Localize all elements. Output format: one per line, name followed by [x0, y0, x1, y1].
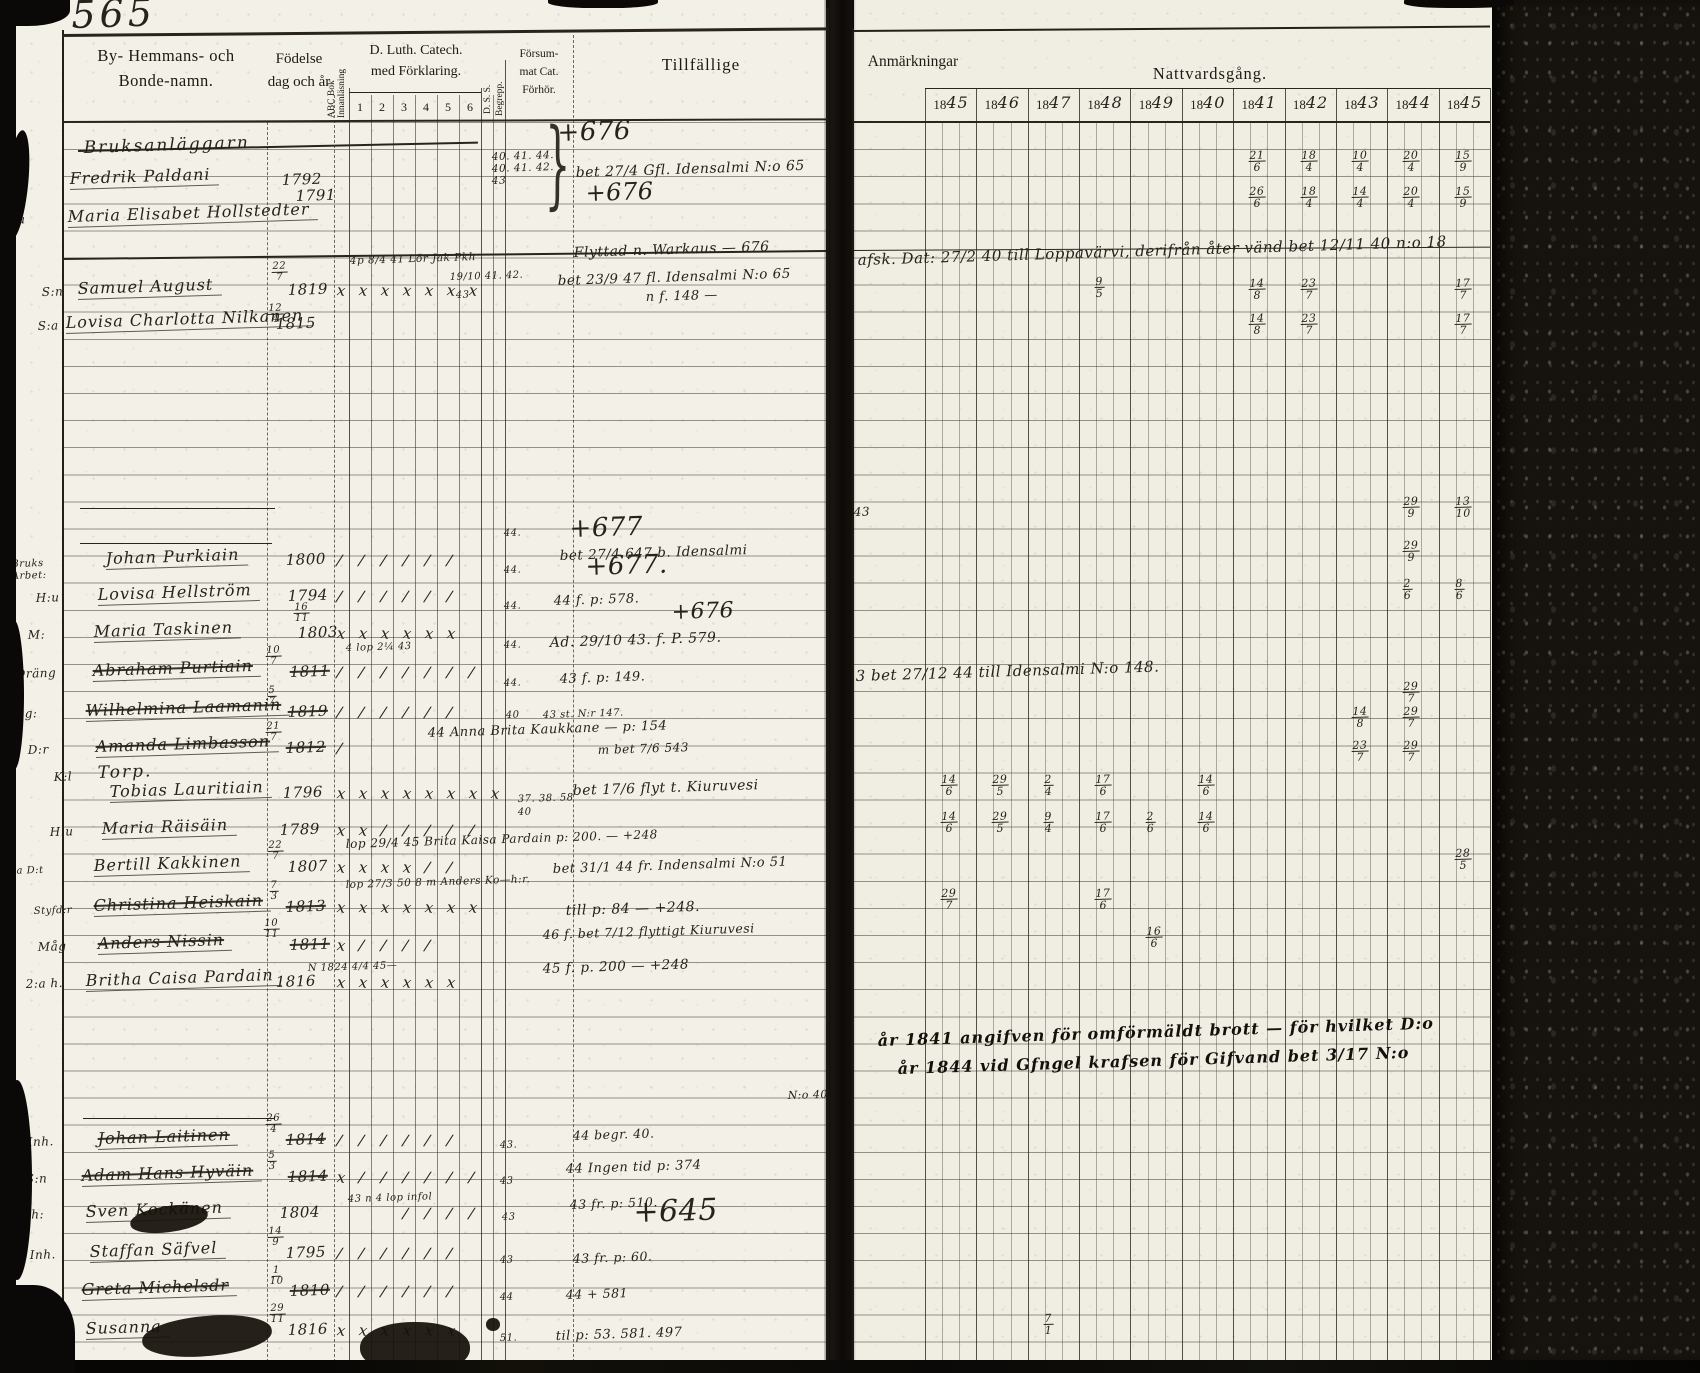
catechism-mark: /: [424, 1206, 431, 1222]
fraction-denominator: 5: [997, 822, 1005, 833]
fraction-denominator: 11: [295, 614, 309, 624]
communion-date: 146: [1197, 810, 1215, 834]
birth-year: 1813: [286, 898, 327, 915]
catechism-mark: x: [358, 900, 369, 917]
birth-date-fraction: 107: [265, 646, 281, 667]
catechism-mark: /: [336, 553, 343, 569]
note-handwritten: 44 + 581: [566, 1286, 629, 1301]
catechism-mark: /: [358, 1246, 365, 1262]
catechism-mark: x: [446, 975, 457, 992]
note-handwritten: 44.: [504, 601, 522, 612]
communion-date: 95: [1094, 276, 1104, 299]
catechism-mark: /: [336, 589, 343, 605]
col-header-tillfallige: Tillfällige: [598, 52, 804, 78]
fraction-denominator: 6: [1404, 590, 1412, 601]
catechism-mark: /: [446, 665, 453, 681]
grid-line: [1011, 122, 1012, 1362]
grid-line: [993, 122, 994, 1362]
fraction-denominator: 4: [1356, 161, 1364, 172]
grid-line: [1473, 122, 1474, 1362]
fraction-denominator: 7: [276, 273, 283, 283]
note-handwritten: 44: [500, 1293, 514, 1304]
communion-date: 148: [1248, 312, 1266, 336]
catechism-mark: x: [424, 975, 435, 992]
note-handwritten: 43 f. p: 149.: [560, 670, 646, 686]
catechism-mark: x: [446, 786, 457, 803]
catechism-mark: x: [402, 786, 413, 803]
fraction-denominator: 11: [271, 1315, 285, 1325]
year-column-label: 1848: [1079, 94, 1131, 114]
catechism-mark: x: [336, 283, 347, 300]
catechism-mark: x: [358, 626, 369, 643]
fraction-denominator: 7: [1305, 324, 1313, 335]
communion-date: 299: [1403, 495, 1421, 519]
grid-line: [1302, 122, 1303, 1362]
birth-year: 1816: [276, 973, 317, 990]
grid-line: [80, 543, 272, 544]
communion-date: 184: [1300, 149, 1318, 173]
catechism-mark: /: [380, 553, 387, 569]
catechism-mark: x: [468, 786, 479, 803]
catechism-mark: /: [380, 1284, 387, 1300]
note-handwritten: 43: [500, 1177, 514, 1188]
year-column-label: 1842: [1285, 94, 1337, 114]
communion-date: 144: [1351, 185, 1369, 209]
year-handwritten-digits: 40: [1203, 93, 1225, 112]
catechism-mark: x: [424, 786, 435, 803]
catechism-mark: /: [424, 553, 431, 569]
catechism-mark: x: [424, 283, 435, 300]
scan-edge-blob: [4, 620, 24, 770]
fraction-denominator: 6: [1254, 197, 1262, 208]
page-number: 565: [71, 0, 157, 36]
row-relation-prefix: 2:a h.: [26, 977, 64, 991]
communion-date: 204: [1403, 149, 1421, 173]
catechism-mark: /: [380, 1246, 387, 1262]
fraction-denominator: 4: [1044, 823, 1052, 834]
year-printed-prefix: 18: [1139, 97, 1152, 112]
catechism-mark: /: [468, 1206, 475, 1222]
scan-edge-right: [1492, 0, 1700, 1373]
catechism-mark: /: [336, 741, 343, 757]
catechism-mark: /: [336, 705, 343, 721]
col-header-nattvardsgang: Nattvardsgång.: [1000, 62, 1420, 87]
birth-date-fraction: 57: [267, 686, 277, 707]
grid-line: [1216, 122, 1217, 1362]
note-handwritten: +677.: [585, 552, 668, 582]
fraction-denominator: 7: [1408, 717, 1416, 728]
year-column-label: 1849: [1130, 94, 1182, 114]
fraction-denominator: 3: [271, 892, 278, 902]
note-handwritten: 43 fr. p: 60.: [573, 1249, 653, 1265]
catechism-mark: /: [380, 1133, 387, 1149]
fraction-denominator: 6: [1147, 823, 1155, 834]
grid-line: [1370, 122, 1371, 1362]
birth-year: 1807: [288, 858, 329, 875]
birth-year: 1804: [280, 1204, 321, 1221]
grid-line: [1233, 88, 1234, 1362]
catechism-mark: /: [446, 553, 453, 569]
year-handwritten-digits: 44: [1409, 93, 1431, 112]
grid-line: [976, 88, 977, 1362]
catechism-mark: /: [424, 1246, 431, 1262]
row-relation-prefix: Måg: [38, 940, 67, 953]
catechism-mark: /: [424, 860, 431, 876]
catechism-mark: x: [490, 786, 501, 803]
fraction-denominator: 5: [1096, 288, 1104, 299]
grid-line: [1165, 122, 1166, 1362]
catechism-mark: /: [424, 1170, 431, 1186]
birth-year: 1803: [298, 624, 339, 641]
birth-year: 1789: [280, 821, 321, 838]
year-handwritten-digits: 45: [1460, 93, 1482, 112]
catechism-mark: /: [358, 1133, 365, 1149]
communion-date: 176: [1094, 810, 1112, 834]
birth-date-fraction: 1011: [263, 919, 279, 940]
note-handwritten: 43.: [500, 1140, 518, 1151]
fraction-denominator: 6: [1099, 785, 1107, 796]
communion-date: 86: [1454, 578, 1464, 601]
fraction-denominator: 8: [1254, 324, 1262, 335]
note-handwritten: +645: [633, 1194, 718, 1228]
grid-line: [1199, 122, 1200, 1362]
catechism-mark: x: [446, 626, 457, 643]
row-relation-prefix: S:n: [42, 286, 64, 299]
grid-line: [1028, 88, 1029, 1362]
fraction-denominator: 7: [1408, 751, 1416, 762]
catechism-mark: x: [358, 786, 369, 803]
fraction-denominator: 8: [1356, 717, 1364, 728]
fraction-denominator: 9: [1408, 551, 1416, 562]
catechism-mark: x: [380, 626, 391, 643]
note-handwritten: +676: [671, 599, 734, 624]
catechism-mark: /: [336, 1133, 343, 1149]
catechism-mark: x: [402, 860, 413, 877]
catechism-mark: /: [468, 1170, 475, 1186]
communion-date: 176: [1094, 773, 1112, 797]
grid-line: [415, 95, 416, 1362]
grid-line: [1456, 122, 1457, 1362]
grid-line: [925, 88, 1490, 89]
birth-date-fraction: 227: [267, 841, 283, 862]
grid-line: [1096, 122, 1097, 1362]
grid-line: [1490, 88, 1491, 1362]
year-column-label: 1847: [1028, 94, 1080, 114]
catechism-mark: /: [336, 1284, 343, 1300]
fraction-denominator: 9: [1408, 507, 1416, 518]
birth-year: 1816: [288, 1321, 329, 1338]
fraction-denominator: 7: [269, 697, 276, 707]
catechism-mark: x: [336, 860, 347, 877]
fraction-denominator: 6: [1202, 822, 1210, 833]
row-relation-prefix: Inh.: [30, 1249, 56, 1262]
birth-year: 1815: [276, 315, 317, 332]
catechism-mark: /: [402, 1246, 409, 1262]
fraction-denominator: 4: [1408, 197, 1416, 208]
catechism-mark: /: [446, 1246, 453, 1262]
note-handwritten: 37. 38. 58: [518, 793, 574, 805]
communion-date: 26: [1146, 811, 1156, 834]
fraction-denominator: 6: [1151, 937, 1159, 948]
col-header-forsummat: Försum- mat Cat. Förhör.: [506, 46, 572, 99]
year-printed-prefix: 18: [1344, 97, 1357, 112]
col-header-dss: D. S. S.: [483, 54, 493, 114]
communion-date: 146: [1197, 773, 1215, 797]
fraction-denominator: 7: [270, 657, 277, 667]
fraction-denominator: 6: [1455, 590, 1463, 601]
catechism-mark: x: [358, 860, 369, 877]
communion-date: 237: [1351, 739, 1369, 763]
communion-date: 104: [1351, 149, 1369, 173]
birth-date-fraction: 53: [267, 1151, 277, 1172]
fraction-denominator: 4: [1044, 786, 1052, 797]
catechism-mark: /: [358, 938, 365, 954]
catechism-mark: x: [424, 626, 435, 643]
catechism-mark: x: [336, 786, 347, 803]
year-handwritten-digits: 48: [1100, 93, 1122, 112]
row-relation-prefix: M:: [28, 629, 46, 642]
catechism-mark: /: [380, 665, 387, 681]
catechism-mark: /: [402, 1284, 409, 1300]
grid-line: [1113, 122, 1114, 1362]
catechism-mark: /: [402, 553, 409, 569]
birth-year: 1819: [288, 281, 329, 298]
catechism-mark: /: [446, 1170, 453, 1186]
communion-date: 204: [1403, 185, 1421, 209]
communion-date: 299: [1403, 539, 1421, 563]
fraction-denominator: 4: [1305, 161, 1313, 172]
catechism-mark: /: [468, 665, 475, 681]
grid-line: [371, 95, 372, 1362]
catechism-mark: x: [424, 900, 435, 917]
grid-line: [1336, 88, 1337, 1362]
catechism-mark: x: [336, 975, 347, 992]
grid-line: [1439, 88, 1440, 1362]
grid-line: [1250, 122, 1251, 1362]
catechism-mark: /: [358, 553, 365, 569]
communion-date: 176: [1094, 887, 1112, 911]
grid-line: [1319, 122, 1320, 1362]
note-handwritten: 43: [502, 1213, 516, 1224]
birth-date-fraction: 1611: [293, 603, 309, 624]
communion-date: 159: [1454, 185, 1472, 209]
communion-date: 297: [940, 887, 958, 911]
fraction-denominator: 9: [272, 1238, 279, 1248]
grid-line: [1045, 122, 1046, 1362]
catechism-mark: /: [402, 705, 409, 721]
grid-line: [393, 95, 394, 1362]
catechism-mark: /: [402, 938, 409, 954]
catechism-subcolumn-number: 6: [459, 100, 481, 115]
birth-date-fraction: 149: [267, 1227, 283, 1248]
year-printed-prefix: 18: [1036, 97, 1049, 112]
col-header-catechism-line2: med Förklaring.: [352, 61, 480, 82]
grid-line: [1130, 88, 1131, 1362]
communion-date: 148: [1248, 277, 1266, 301]
catechism-mark: /: [424, 665, 431, 681]
catechism-mark: x: [336, 1170, 347, 1187]
communion-date: 148: [1351, 705, 1369, 729]
fraction-denominator: 7: [1408, 692, 1416, 703]
year-printed-prefix: 18: [933, 97, 946, 112]
catechism-mark: x: [468, 900, 479, 917]
grid-line: [1062, 122, 1063, 1362]
birth-date-fraction: 264: [265, 1114, 281, 1135]
birth-date-fraction: 73: [269, 881, 279, 902]
communion-date: 166: [1146, 925, 1164, 949]
col-header-forsummat-line2: mat Cat.: [506, 64, 572, 82]
fraction-denominator: 5: [997, 785, 1005, 796]
year-column-label: 1844: [1387, 94, 1439, 114]
catechism-subcolumn-number: 4: [415, 100, 437, 115]
catechism-mark: x: [446, 900, 457, 917]
birth-year: 1796: [283, 784, 324, 801]
fraction-denominator: 4: [1408, 161, 1416, 172]
year-handwritten-digits: 47: [1049, 93, 1071, 112]
note-handwritten: 44.: [504, 528, 522, 539]
birth-year: 1814: [288, 1168, 329, 1185]
year-column-label: 1840: [1182, 94, 1234, 114]
birth-date-fraction: 217: [265, 722, 281, 743]
row-relation-prefix: Inh.: [28, 1136, 54, 1149]
fraction-denominator: 9: [1459, 161, 1467, 172]
communion-date: 297: [1403, 739, 1421, 763]
fraction-denominator: 4: [270, 1125, 277, 1135]
catechism-mark: /: [358, 665, 365, 681]
grid-line: [349, 92, 481, 93]
communion-date: 295: [992, 810, 1010, 834]
birth-year: 1814: [286, 1131, 327, 1148]
communion-date: 94: [1043, 811, 1053, 834]
note-handwritten: 51.: [500, 1333, 518, 1344]
catechism-mark: x: [380, 283, 391, 300]
communion-date: 71: [1043, 1313, 1053, 1336]
row-relation-prefix: Bruks Arbet:: [11, 557, 62, 582]
grid-line: [1285, 88, 1286, 1362]
grid-line: [1267, 122, 1268, 1362]
col-header-forsummat-line3: Förhör.: [506, 82, 572, 100]
communion-date: 1310: [1454, 495, 1472, 519]
communion-date: 177: [1454, 277, 1472, 301]
note-handwritten: 43: [456, 291, 470, 302]
catechism-mark: /: [402, 1170, 409, 1186]
catechism-mark: /: [402, 1206, 409, 1222]
catechism-mark: /: [402, 1133, 409, 1149]
catechism-mark: x: [336, 938, 347, 955]
year-handwritten-digits: 41: [1254, 93, 1276, 112]
catechism-mark: /: [380, 1170, 387, 1186]
catechism-mark: x: [380, 975, 391, 992]
catechism-mark: /: [424, 705, 431, 721]
birth-date-fraction: 227: [271, 262, 287, 283]
catechism-mark: /: [446, 860, 453, 876]
catechism-mark: x: [358, 283, 369, 300]
year-handwritten-digits: 42: [1306, 93, 1328, 112]
note-handwritten: 40: [506, 711, 520, 722]
col-header-catechism: D. Luth. Catech. med Förklaring.: [352, 40, 480, 82]
birth-date-fraction: 2911: [269, 1304, 285, 1325]
year-handwritten-digits: 43: [1357, 93, 1379, 112]
birth-date-fraction: 110: [269, 1266, 283, 1287]
grid-line: [83, 1118, 275, 1119]
fraction-denominator: 7: [1305, 289, 1313, 300]
year-printed-prefix: 18: [1190, 97, 1203, 112]
year-column-label: 1841: [1233, 94, 1285, 114]
birth-year: 1800: [286, 551, 327, 568]
communion-date: 159: [1454, 149, 1472, 173]
col-header-begrepp: Begrepp.: [495, 52, 505, 116]
note-handwritten: 43: [500, 1256, 514, 1267]
book-gutter: [824, 0, 856, 1373]
fraction-denominator: 8: [1254, 289, 1262, 300]
catechism-mark: x: [336, 900, 347, 917]
communion-date: 297: [1403, 680, 1421, 704]
catechism-mark: /: [336, 1246, 343, 1262]
communion-date: 285: [1454, 847, 1472, 871]
catechism-mark: /: [424, 938, 431, 954]
note-handwritten: }: [545, 115, 572, 217]
col-header-forsummat-line1: Försum-: [506, 46, 572, 64]
catechism-subcolumn-number: 3: [393, 100, 415, 115]
birth-year: 1791: [296, 187, 337, 204]
catechism-mark: /: [358, 1284, 365, 1300]
row-relation-prefix: D:r: [28, 744, 49, 757]
catechism-mark: x: [402, 283, 413, 300]
fraction-denominator: 7: [1356, 751, 1364, 762]
col-header-names-line1: By- Hemmans- och: [70, 44, 262, 69]
birth-year: 1812: [286, 739, 327, 756]
catechism-mark: /: [446, 705, 453, 721]
fraction-denominator: 10: [270, 1277, 284, 1287]
fraction-denominator: 4: [1356, 197, 1364, 208]
fraction-denominator: 5: [1459, 859, 1467, 870]
grid-line: [925, 88, 926, 1362]
row-relation-prefix: Styfd:r: [34, 904, 84, 917]
year-printed-prefix: 18: [1087, 97, 1100, 112]
catechism-mark: /: [446, 1284, 453, 1300]
note-handwritten: +676: [585, 179, 654, 206]
fraction-denominator: 3: [269, 1162, 276, 1172]
fraction-denominator: 9: [1459, 197, 1467, 208]
communion-date: 26: [1403, 578, 1413, 601]
fraction-denominator: 7: [1459, 324, 1467, 335]
grid-line: [1148, 122, 1149, 1362]
catechism-mark: x: [336, 1323, 347, 1340]
catechism-subcolumn-number: 1: [349, 100, 371, 115]
row-relation-prefix: K:l: [54, 771, 73, 784]
fraction-denominator: 7: [1459, 289, 1467, 300]
row-relation-prefix: H:u: [50, 826, 74, 839]
catechism-mark: x: [336, 626, 347, 643]
catechism-mark: /: [402, 589, 409, 605]
catechism-mark: x: [402, 626, 413, 643]
note-handwritten: 4 lop 2¼ 43: [346, 642, 412, 655]
catechism-mark: /: [358, 589, 365, 605]
catechism-mark: /: [446, 1206, 453, 1222]
catechism-mark: x: [380, 786, 391, 803]
grid-line: [334, 95, 335, 1362]
fraction-denominator: 11: [265, 930, 279, 940]
grid-line: [349, 88, 350, 1362]
year-printed-prefix: 18: [1241, 97, 1254, 112]
catechism-mark: /: [402, 665, 409, 681]
ruled-lines-right: [854, 122, 1490, 1362]
communion-date: 297: [1403, 705, 1421, 729]
scanned-register-spread: 565 By- Hemmans- och Bonde-namn. Födelse…: [0, 0, 1700, 1373]
grid-line: [852, 121, 1490, 123]
communion-date: 237: [1300, 277, 1318, 301]
col-header-catechism-line1: D. Luth. Catech.: [352, 40, 480, 61]
